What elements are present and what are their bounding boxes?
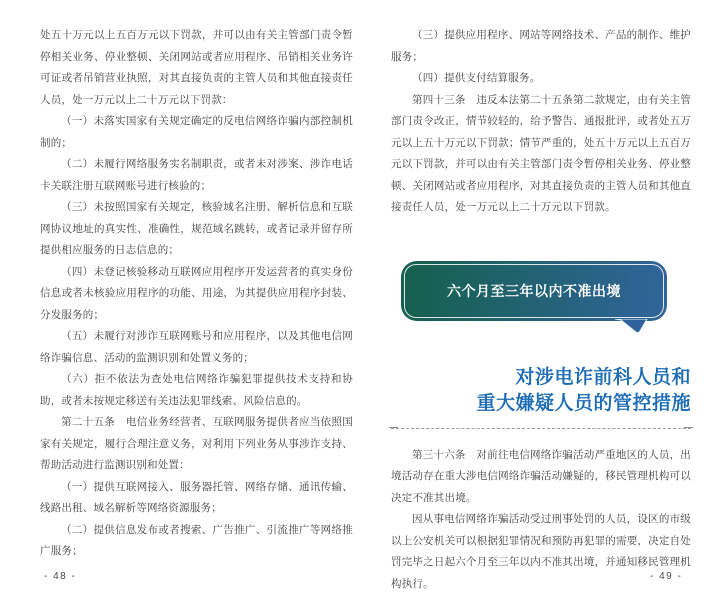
paragraph: （一）提供互联网接入、服务器托管、网络存储、通讯传输、线路出租、域名解析等网络资… — [40, 477, 353, 520]
paragraph: 处五十万元以上五百万元以下罚款，并可以由有关主管部门责令暂停相关业务、停业整顿、… — [40, 25, 353, 111]
section-heading-line1: 对涉电诈前科人员和 — [391, 365, 691, 392]
dashed-divider — [391, 428, 691, 429]
callout-text: 六个月至三年以内不准出境 — [447, 281, 621, 301]
section-heading: 对涉电诈前科人员和 重大嫌疑人员的管控措施 — [391, 365, 691, 418]
paragraph: 第四十三条 违反本法第二十五条第二款规定，由有关主管部门责令改正，情节较轻的，给… — [391, 90, 691, 219]
paragraph: （五）未履行对涉诈互联网账号和应用程序，以及其他电信网络诈骗信息、活动的监测识别… — [40, 326, 353, 369]
paragraph: （六）拒不依法为查处电信网络诈骗犯罪提供技术支持和协助，或者未按规定移送有关违法… — [40, 369, 353, 412]
paragraph: （二）未履行网络服务实名制职责，或者未对涉案、涉诈电话卡关联注册互联网账号进行核… — [40, 154, 353, 197]
left-page: 处五十万元以上五百万元以下罚款，并可以由有关主管部门责令暂停相关业务、停业整顿、… — [40, 25, 353, 563]
paragraph: （二）提供信息发布或者搜索、广告推广、引流推广等网络推广服务； — [40, 520, 353, 563]
right-page: （三）提供应用程序、网站等网络技术、产品的制作、维护服务； （四）提供支付结算服… — [391, 25, 691, 595]
paragraph: （三）提供应用程序、网站等网络技术、产品的制作、维护服务； — [391, 25, 691, 68]
paragraph: 第二十五条 电信业务经营者、互联网服务提供者应当依照国家有关规定，履行合理注意义… — [40, 412, 353, 477]
paragraph: （一）未落实国家有关规定确定的反电信网络诈骗内部控制机制的； — [40, 111, 353, 154]
section-heading-line2: 重大嫌疑人员的管控措施 — [391, 391, 691, 418]
page-number-left: - 48 - — [44, 571, 76, 582]
paragraph: （四）提供支付结算服务。 — [391, 68, 691, 90]
paragraph: （四）未登记核验移动互联网应用程序开发运营者的真实身份信息或者未核验应用程序的功… — [40, 262, 353, 327]
paragraph: 第三十六条 对前往电信网络诈骗活动严重地区的人员，出境活动存在重大涉电信网络诈骗… — [391, 445, 691, 510]
paragraph: （三）未按照国家有关规定，核验域名注册、解析信息和互联网协议地址的真实性、准确性… — [40, 197, 353, 262]
document-spread: 处五十万元以上五百万元以下罚款，并可以由有关主管部门责令暂停相关业务、停业整顿、… — [0, 0, 716, 611]
speech-bubble-tail — [613, 319, 649, 334]
page-number-right: - 49 - — [650, 571, 682, 582]
section-body: 第三十六条 对前往电信网络诈骗活动严重地区的人员，出境活动存在重大涉电信网络诈骗… — [391, 445, 691, 596]
speech-bubble-callout: 六个月至三年以内不准出境 — [401, 261, 667, 321]
paragraph: 因从事电信网络诈骗活动受过刑事处罚的人员，设区的市级以上公安机关可以根据犯罪情况… — [391, 509, 691, 595]
